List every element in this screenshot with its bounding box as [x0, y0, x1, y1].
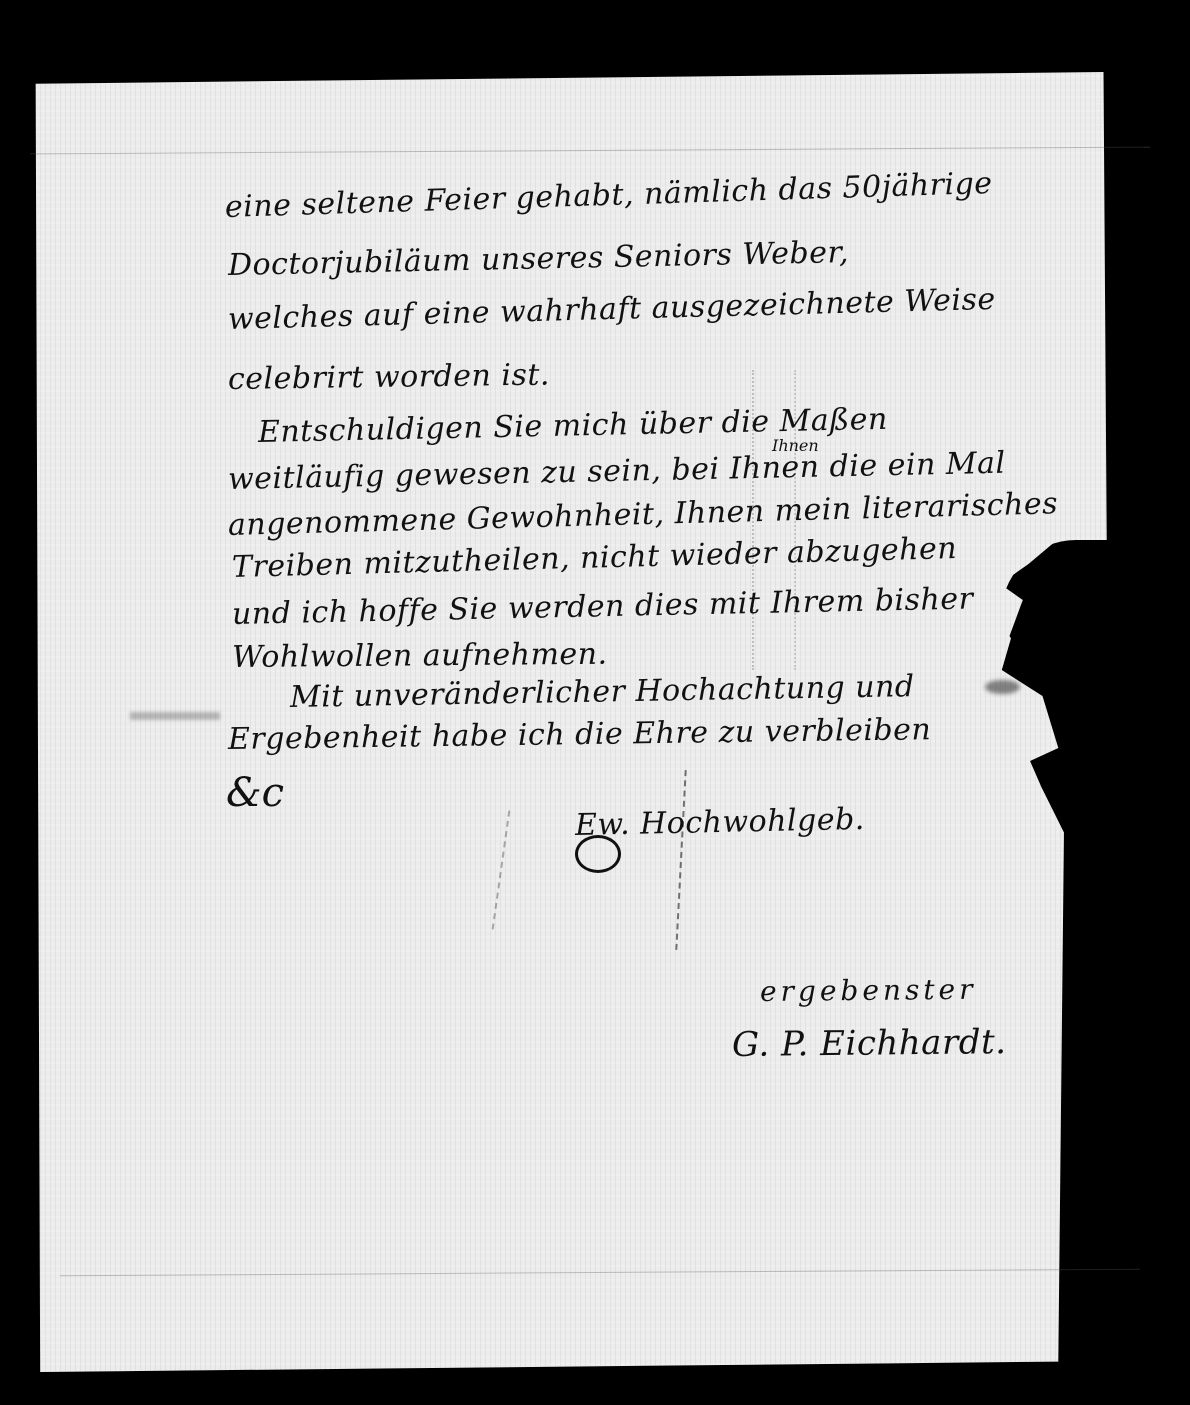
ink-smudge [985, 680, 1020, 694]
salutation-line: Ew. Hochwohlgeb. [575, 802, 865, 843]
signature-closing: ergebenster [760, 973, 977, 1008]
letter-line-10: Wohlwollen aufnehmen. [232, 637, 608, 675]
signature-flourish [575, 835, 621, 873]
signature-name: G. P. Eichhardt. [732, 1022, 1007, 1065]
margin-smudge [130, 712, 220, 720]
etcetera-mark: &c [226, 770, 284, 816]
letter-line-4: celebrirt worden ist. [228, 358, 550, 397]
edge-damage-spot [1120, 940, 1142, 964]
